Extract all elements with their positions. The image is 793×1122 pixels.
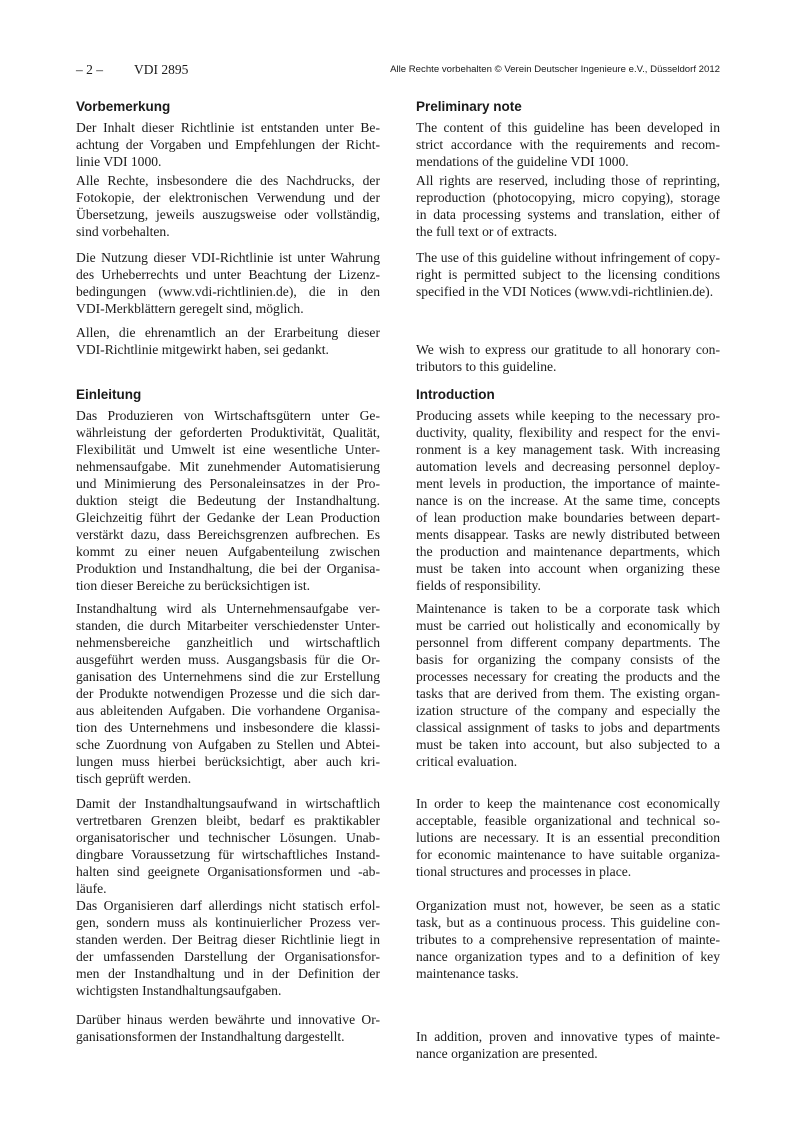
- text-line: währleistung der geforderten Produktivit…: [76, 424, 380, 441]
- text-line: basis for organizing the company consist…: [416, 651, 720, 668]
- text-line: tributors to this guideline.: [416, 358, 720, 375]
- text-line: Das Produzieren von Wirtschaftsgütern un…: [76, 407, 380, 424]
- text-line: ausgeführt werden muss. Ausgangsbasis fü…: [76, 651, 380, 668]
- text-line: ization structure of the company and esp…: [416, 702, 720, 719]
- text-line: des Urheberrechts und unter Beachtung de…: [76, 266, 380, 283]
- text-line: automation levels and decreasing personn…: [416, 458, 720, 475]
- text-line: vertretbaren Grenzen bleibt, bedarf es p…: [76, 812, 380, 829]
- text-line: Allen, die ehrenamtlich an der Erarbeitu…: [76, 324, 380, 341]
- text-line: task, but as a continuous process. This …: [416, 914, 720, 931]
- text-line: der Produkte notwendigen Prozesse und di…: [76, 685, 380, 702]
- text-line: Gleichzeitig führt der Gedanke der Lean …: [76, 509, 380, 526]
- text-line: processes necessary for creating the pro…: [416, 668, 720, 685]
- text-line: VDI-Richtlinie mitgewirkt haben, sei ged…: [76, 341, 380, 358]
- text-line: Fotokopie, der elektronischen Verwendung…: [76, 189, 380, 206]
- text-line: nance is on the increase. At the same ti…: [416, 492, 720, 509]
- text-line: All rights are reserved, including those…: [416, 172, 720, 189]
- text-line: Die Nutzung dieser VDI-Richtlinie ist un…: [76, 249, 380, 266]
- text-line: nehmensbereiche ganzheitlich und wirtsch…: [76, 634, 380, 651]
- text-line: verstärkt dazu, dass Bereichsgrenzen auf…: [76, 526, 380, 543]
- text-line: men der Instandhaltung und in der Defini…: [76, 965, 380, 982]
- text-line: Das Organisieren darf allerdings nicht s…: [76, 897, 380, 914]
- text-line: ronment is a key management task. With i…: [416, 441, 720, 458]
- text-line: in data processing systems and translati…: [416, 206, 720, 223]
- text-line: Producing assets while keeping to the ne…: [416, 407, 720, 424]
- text-line: tional structures and processes in place…: [416, 863, 720, 880]
- text-line: Damit der Instandhaltungsaufwand in wirt…: [76, 795, 380, 812]
- text-line: of lean production make boundaries betwe…: [416, 509, 720, 526]
- text-line: nance organization types and to a defini…: [416, 948, 720, 965]
- text-line: aus ableitenden Aufgaben. Die vorhandene…: [76, 702, 380, 719]
- german-preliminary-heading: Vorbemerkung: [76, 99, 170, 114]
- text-line: der umfassenden Darstellung der Organisa…: [76, 948, 380, 965]
- text-line: bedingungen (www.vdi-richtlinien.de), di…: [76, 283, 380, 300]
- english-column: Preliminary noteThe content of this guid…: [416, 0, 720, 1122]
- text-line: must be taken into account, but also sub…: [416, 736, 720, 753]
- text-line: reproduction (photocopying, micro copyin…: [416, 189, 720, 206]
- text-line: Organization must not, however, be seen …: [416, 897, 720, 914]
- text-line: right is permitted subject to the licens…: [416, 266, 720, 283]
- paragraph: Maintenance is taken to be a corporate t…: [416, 600, 720, 770]
- text-line: Darüber hinaus werden bewährte und innov…: [76, 1011, 380, 1028]
- german-column: VorbemerkungDer Inhalt dieser Richtlinie…: [76, 0, 380, 1122]
- paragraph: All rights are reserved, including those…: [416, 172, 720, 240]
- text-line: sche Zuordnung von Aufgaben zu Stellen u…: [76, 736, 380, 753]
- text-line: for economic maintenance to have suitabl…: [416, 846, 720, 863]
- text-line: tisch geprüft werden.: [76, 770, 380, 787]
- text-line: tasks that are derived from them. The ex…: [416, 685, 720, 702]
- text-line: Instandhaltung wird als Unternehmensaufg…: [76, 600, 380, 617]
- text-line: must be carried out holistically and eco…: [416, 617, 720, 634]
- text-line: nehmensaufgabe. Mit zunehmender Automati…: [76, 458, 380, 475]
- text-line: Produktion und Instandhaltung, die bei d…: [76, 560, 380, 577]
- paragraph: In addition, proven and innovative types…: [416, 1028, 720, 1062]
- text-line: The content of this guideline has been d…: [416, 119, 720, 136]
- text-line: tion dieser Bereiche zu berücksichtigen …: [76, 577, 380, 594]
- text-line: Der Inhalt dieser Richtlinie ist entstan…: [76, 119, 380, 136]
- english-introduction-heading: Introduction: [416, 387, 495, 402]
- text-line: ganisation des Unternehmens sind die zur…: [76, 668, 380, 685]
- german-introduction-heading: Einleitung: [76, 387, 141, 402]
- text-line: ments disappear. Tasks are newly distrib…: [416, 526, 720, 543]
- text-line: organisatorischer und technischer Lösung…: [76, 829, 380, 846]
- text-line: Alle Rechte, insbesondere die des Nachdr…: [76, 172, 380, 189]
- paragraph: Allen, die ehrenamtlich an der Erarbeitu…: [76, 324, 380, 358]
- text-line: In order to keep the maintenance cost ec…: [416, 795, 720, 812]
- paragraph: We wish to express our gratitude to all …: [416, 341, 720, 375]
- paragraph: Alle Rechte, insbesondere die des Nachdr…: [76, 172, 380, 240]
- paragraph: In order to keep the maintenance cost ec…: [416, 795, 720, 880]
- text-line: dingbare Voraussetzung für wirtschaftlic…: [76, 846, 380, 863]
- text-line: must be taken into account when organizi…: [416, 560, 720, 577]
- text-line: critical evaluation.: [416, 753, 720, 770]
- paragraph: The use of this guideline without infrin…: [416, 249, 720, 300]
- text-line: Maintenance is taken to be a corporate t…: [416, 600, 720, 617]
- text-line: We wish to express our gratitude to all …: [416, 341, 720, 358]
- text-line: The use of this guideline without infrin…: [416, 249, 720, 266]
- text-line: wichtigsten Instandhaltungsaufgaben.: [76, 982, 380, 999]
- paragraph: The content of this guideline has been d…: [416, 119, 720, 170]
- text-line: mendations of the guideline VDI 1000.: [416, 153, 720, 170]
- text-line: standen werden. Der Beitrag dieser Richt…: [76, 931, 380, 948]
- text-line: und Minimierung des Personaleinsatzes in…: [76, 475, 380, 492]
- text-line: duktion steigt die Bedeutung der Instand…: [76, 492, 380, 509]
- text-line: Flexibilität und Umwelt ist eine wesentl…: [76, 441, 380, 458]
- text-line: tributes to a comprehensive representati…: [416, 931, 720, 948]
- text-line: personnel from different company departm…: [416, 634, 720, 651]
- text-line: fields of responsibility.: [416, 577, 720, 594]
- text-line: nance organization are presented.: [416, 1045, 720, 1062]
- text-line: specified in the VDI Notices (www.vdi-ri…: [416, 283, 720, 300]
- text-line: gen, sondern muss als kontinuierlicher P…: [76, 914, 380, 931]
- paragraph: Der Inhalt dieser Richtlinie ist entstan…: [76, 119, 380, 170]
- paragraph: Darüber hinaus werden bewährte und innov…: [76, 1011, 380, 1045]
- paragraph: Instandhaltung wird als Unternehmensaufg…: [76, 600, 380, 787]
- english-preliminary-heading: Preliminary note: [416, 99, 522, 114]
- text-line: lutions are necessary. It is an essentia…: [416, 829, 720, 846]
- text-line: acceptable, feasible organizational and …: [416, 812, 720, 829]
- text-line: ganisationsformen der Instandhaltung dar…: [76, 1028, 380, 1045]
- text-line: linie VDI 1000.: [76, 153, 380, 170]
- paragraph: Damit der Instandhaltungsaufwand in wirt…: [76, 795, 380, 897]
- text-line: tion des Unternehmens und insbesondere d…: [76, 719, 380, 736]
- text-line: classical assignment of tasks to jobs an…: [416, 719, 720, 736]
- text-line: achtung der Vorgaben und Empfehlungen de…: [76, 136, 380, 153]
- text-line: halten sind geeignete Organisationsforme…: [76, 863, 380, 880]
- text-line: maintenance tasks.: [416, 965, 720, 982]
- text-line: kommt zu einer neuen Aufgabenteilung zwi…: [76, 543, 380, 560]
- text-line: läufe.: [76, 880, 380, 897]
- text-line: sind vorbehalten.: [76, 223, 380, 240]
- text-line: VDI-Merkblättern geregelt sind, möglich.: [76, 300, 380, 317]
- paragraph: Die Nutzung dieser VDI-Richtlinie ist un…: [76, 249, 380, 317]
- paragraph: Producing assets while keeping to the ne…: [416, 407, 720, 594]
- text-line: lungen muss hierbei berücksichtigt, aber…: [76, 753, 380, 770]
- paragraph: Das Organisieren darf allerdings nicht s…: [76, 897, 380, 999]
- text-line: the full text or of extracts.: [416, 223, 720, 240]
- paragraph: Organization must not, however, be seen …: [416, 897, 720, 982]
- text-line: Übersetzung, jeweils auszugsweise oder v…: [76, 206, 380, 223]
- text-line: ment levels in production, the importanc…: [416, 475, 720, 492]
- text-line: the production and maintenance departmen…: [416, 543, 720, 560]
- text-line: ductivity, quality, flexibility and resp…: [416, 424, 720, 441]
- paragraph: Das Produzieren von Wirtschaftsgütern un…: [76, 407, 380, 594]
- text-line: standen, die durch Mitarbeiter verschied…: [76, 617, 380, 634]
- text-line: In addition, proven and innovative types…: [416, 1028, 720, 1045]
- text-line: strict accordance with the requirements …: [416, 136, 720, 153]
